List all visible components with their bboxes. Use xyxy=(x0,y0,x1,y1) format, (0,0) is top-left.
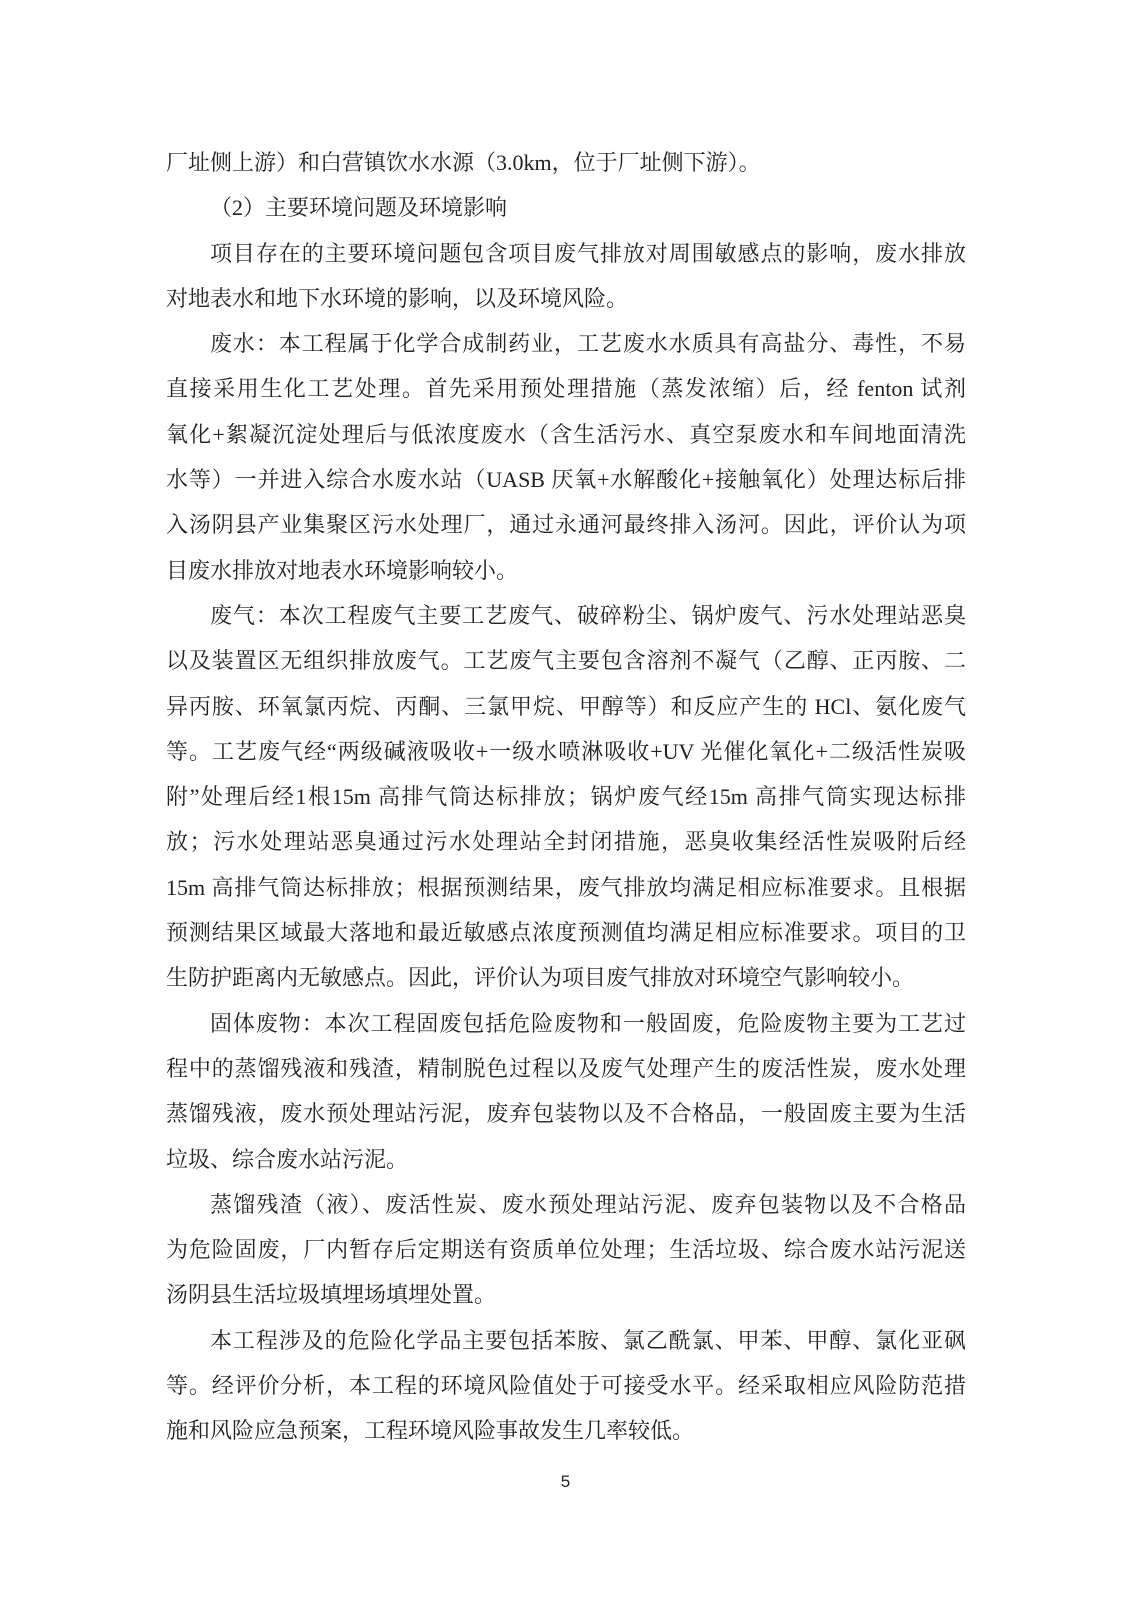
doc-line: 废水：本工程属于化学合成制药业，工艺废水水质具有高盐分、毒性，不易 xyxy=(166,321,966,366)
doc-line: 15m 高排气筒达标排放；根据预测结果，废气排放均满足相应标准要求。且根据 xyxy=(166,865,966,910)
doc-line: 异丙胺、环氧氯丙烷、丙酮、三氯甲烷、甲醇等）和反应产生的 HCl、氨化废气 xyxy=(166,684,966,729)
doc-line: 预测结果区域最大落地和最近敏感点浓度预测值均满足相应标准要求。项目的卫 xyxy=(166,910,966,955)
doc-line: 为危险固废，厂内暂存后定期送有资质单位处理；生活垃圾、综合废水站污泥送 xyxy=(166,1227,966,1272)
doc-line: 对地表水和地下水环境的影响，以及环境风险。 xyxy=(166,276,966,321)
doc-line: 程中的蒸馏残液和残渣，精制脱色过程以及废气处理产生的废活性炭，废水处理 xyxy=(166,1046,966,1091)
doc-line: 附”处理后经1根15m 高排气筒达标排放；锅炉废气经15m 高排气筒实现达标排 xyxy=(166,774,966,819)
document-body: 厂址侧上游）和白营镇饮水水源（3.0km，位于厂址侧下游）。 （2）主要环境问题… xyxy=(166,140,966,1454)
doc-line: 生防护距离内无敏感点。因此，评价认为项目废气排放对环境空气影响较小。 xyxy=(166,955,966,1000)
paragraph-continuation: 厂址侧上游）和白营镇饮水水源（3.0km，位于厂址侧下游）。 xyxy=(166,140,966,185)
doc-line: 废气：本次工程废气主要工艺废气、破碎粉尘、锅炉废气、污水处理站恶臭 xyxy=(166,593,966,638)
doc-line: 直接采用生化工艺处理。首先采用预处理措施（蒸发浓缩）后，经 fenton 试剂 xyxy=(166,366,966,411)
doc-line: 蒸馏残液，废水预处理站污泥，废弃包装物以及不合格品，一般固废主要为生活 xyxy=(166,1091,966,1136)
doc-line: 汤阴县生活垃圾填埋场填埋处置。 xyxy=(166,1272,966,1317)
doc-line: 氧化+絮凝沉淀处理后与低浓度废水（含生活污水、真空泵废水和车间地面清洗 xyxy=(166,412,966,457)
doc-line: 固体废物：本次工程固废包括危险废物和一般固废，危险废物主要为工艺过 xyxy=(166,1001,966,1046)
paragraph-intro: 项目存在的主要环境问题包含项目废气排放对周围敏感点的影响，废水排放 对地表水和地… xyxy=(166,231,966,322)
paragraph-wastegas: 废气：本次工程废气主要工艺废气、破碎粉尘、锅炉废气、污水处理站恶臭 以及装置区无… xyxy=(166,593,966,1001)
doc-line: 厂址侧上游）和白营镇饮水水源（3.0km，位于厂址侧下游）。 xyxy=(166,140,966,185)
doc-line: 以及装置区无组织排放废气。工艺废气主要包含溶剂不凝气（乙醇、正丙胺、二 xyxy=(166,638,966,683)
paragraph-risk: 本工程涉及的危险化学品主要包括苯胺、氯乙酰氯、甲苯、甲醇、氯化亚砜 等。经评价分… xyxy=(166,1318,966,1454)
doc-line: 本工程涉及的危险化学品主要包括苯胺、氯乙酰氯、甲苯、甲醇、氯化亚砜 xyxy=(166,1318,966,1363)
paragraph-wastewater: 废水：本工程属于化学合成制药业，工艺废水水质具有高盐分、毒性，不易 直接采用生化… xyxy=(166,321,966,593)
paragraph-solidwaste: 固体废物：本次工程固废包括危险废物和一般固废，危险废物主要为工艺过 程中的蒸馏残… xyxy=(166,1001,966,1182)
page-number: 5 xyxy=(0,1472,1131,1492)
doc-line: 项目存在的主要环境问题包含项目废气排放对周围敏感点的影响，废水排放 xyxy=(166,231,966,276)
doc-line: （2）主要环境问题及环境影响 xyxy=(166,185,966,230)
doc-line: 入汤阴县产业集聚区污水处理厂，通过永通河最终排入汤河。因此，评价认为项 xyxy=(166,502,966,547)
doc-line: 水等）一并进入综合水废水站（UASB 厌氧+水解酸化+接触氧化）处理达标后排 xyxy=(166,457,966,502)
paragraph-hazardous-disposal: 蒸馏残渣（液）、废活性炭、废水预处理站污泥、废弃包装物以及不合格品 为危险固废，… xyxy=(166,1182,966,1318)
document-page: 厂址侧上游）和白营镇饮水水源（3.0km，位于厂址侧下游）。 （2）主要环境问题… xyxy=(0,0,1131,1600)
doc-line: 等。经评价分析，本工程的环境风险值处于可接受水平。经采取相应风险防范措 xyxy=(166,1363,966,1408)
doc-line: 等。工艺废气经“两级碱液吸收+一级水喷淋吸收+UV 光催化氧化+二级活性炭吸 xyxy=(166,729,966,774)
doc-line: 施和风险应急预案，工程环境风险事故发生几率较低。 xyxy=(166,1408,966,1453)
paragraph-heading: （2）主要环境问题及环境影响 xyxy=(166,185,966,230)
doc-line: 蒸馏残渣（液）、废活性炭、废水预处理站污泥、废弃包装物以及不合格品 xyxy=(166,1182,966,1227)
doc-line: 目废水排放对地表水环境影响较小。 xyxy=(166,548,966,593)
doc-line: 垃圾、综合废水站污泥。 xyxy=(166,1137,966,1182)
doc-line: 放；污水处理站恶臭通过污水处理站全封闭措施，恶臭收集经活性炭吸附后经 xyxy=(166,819,966,864)
